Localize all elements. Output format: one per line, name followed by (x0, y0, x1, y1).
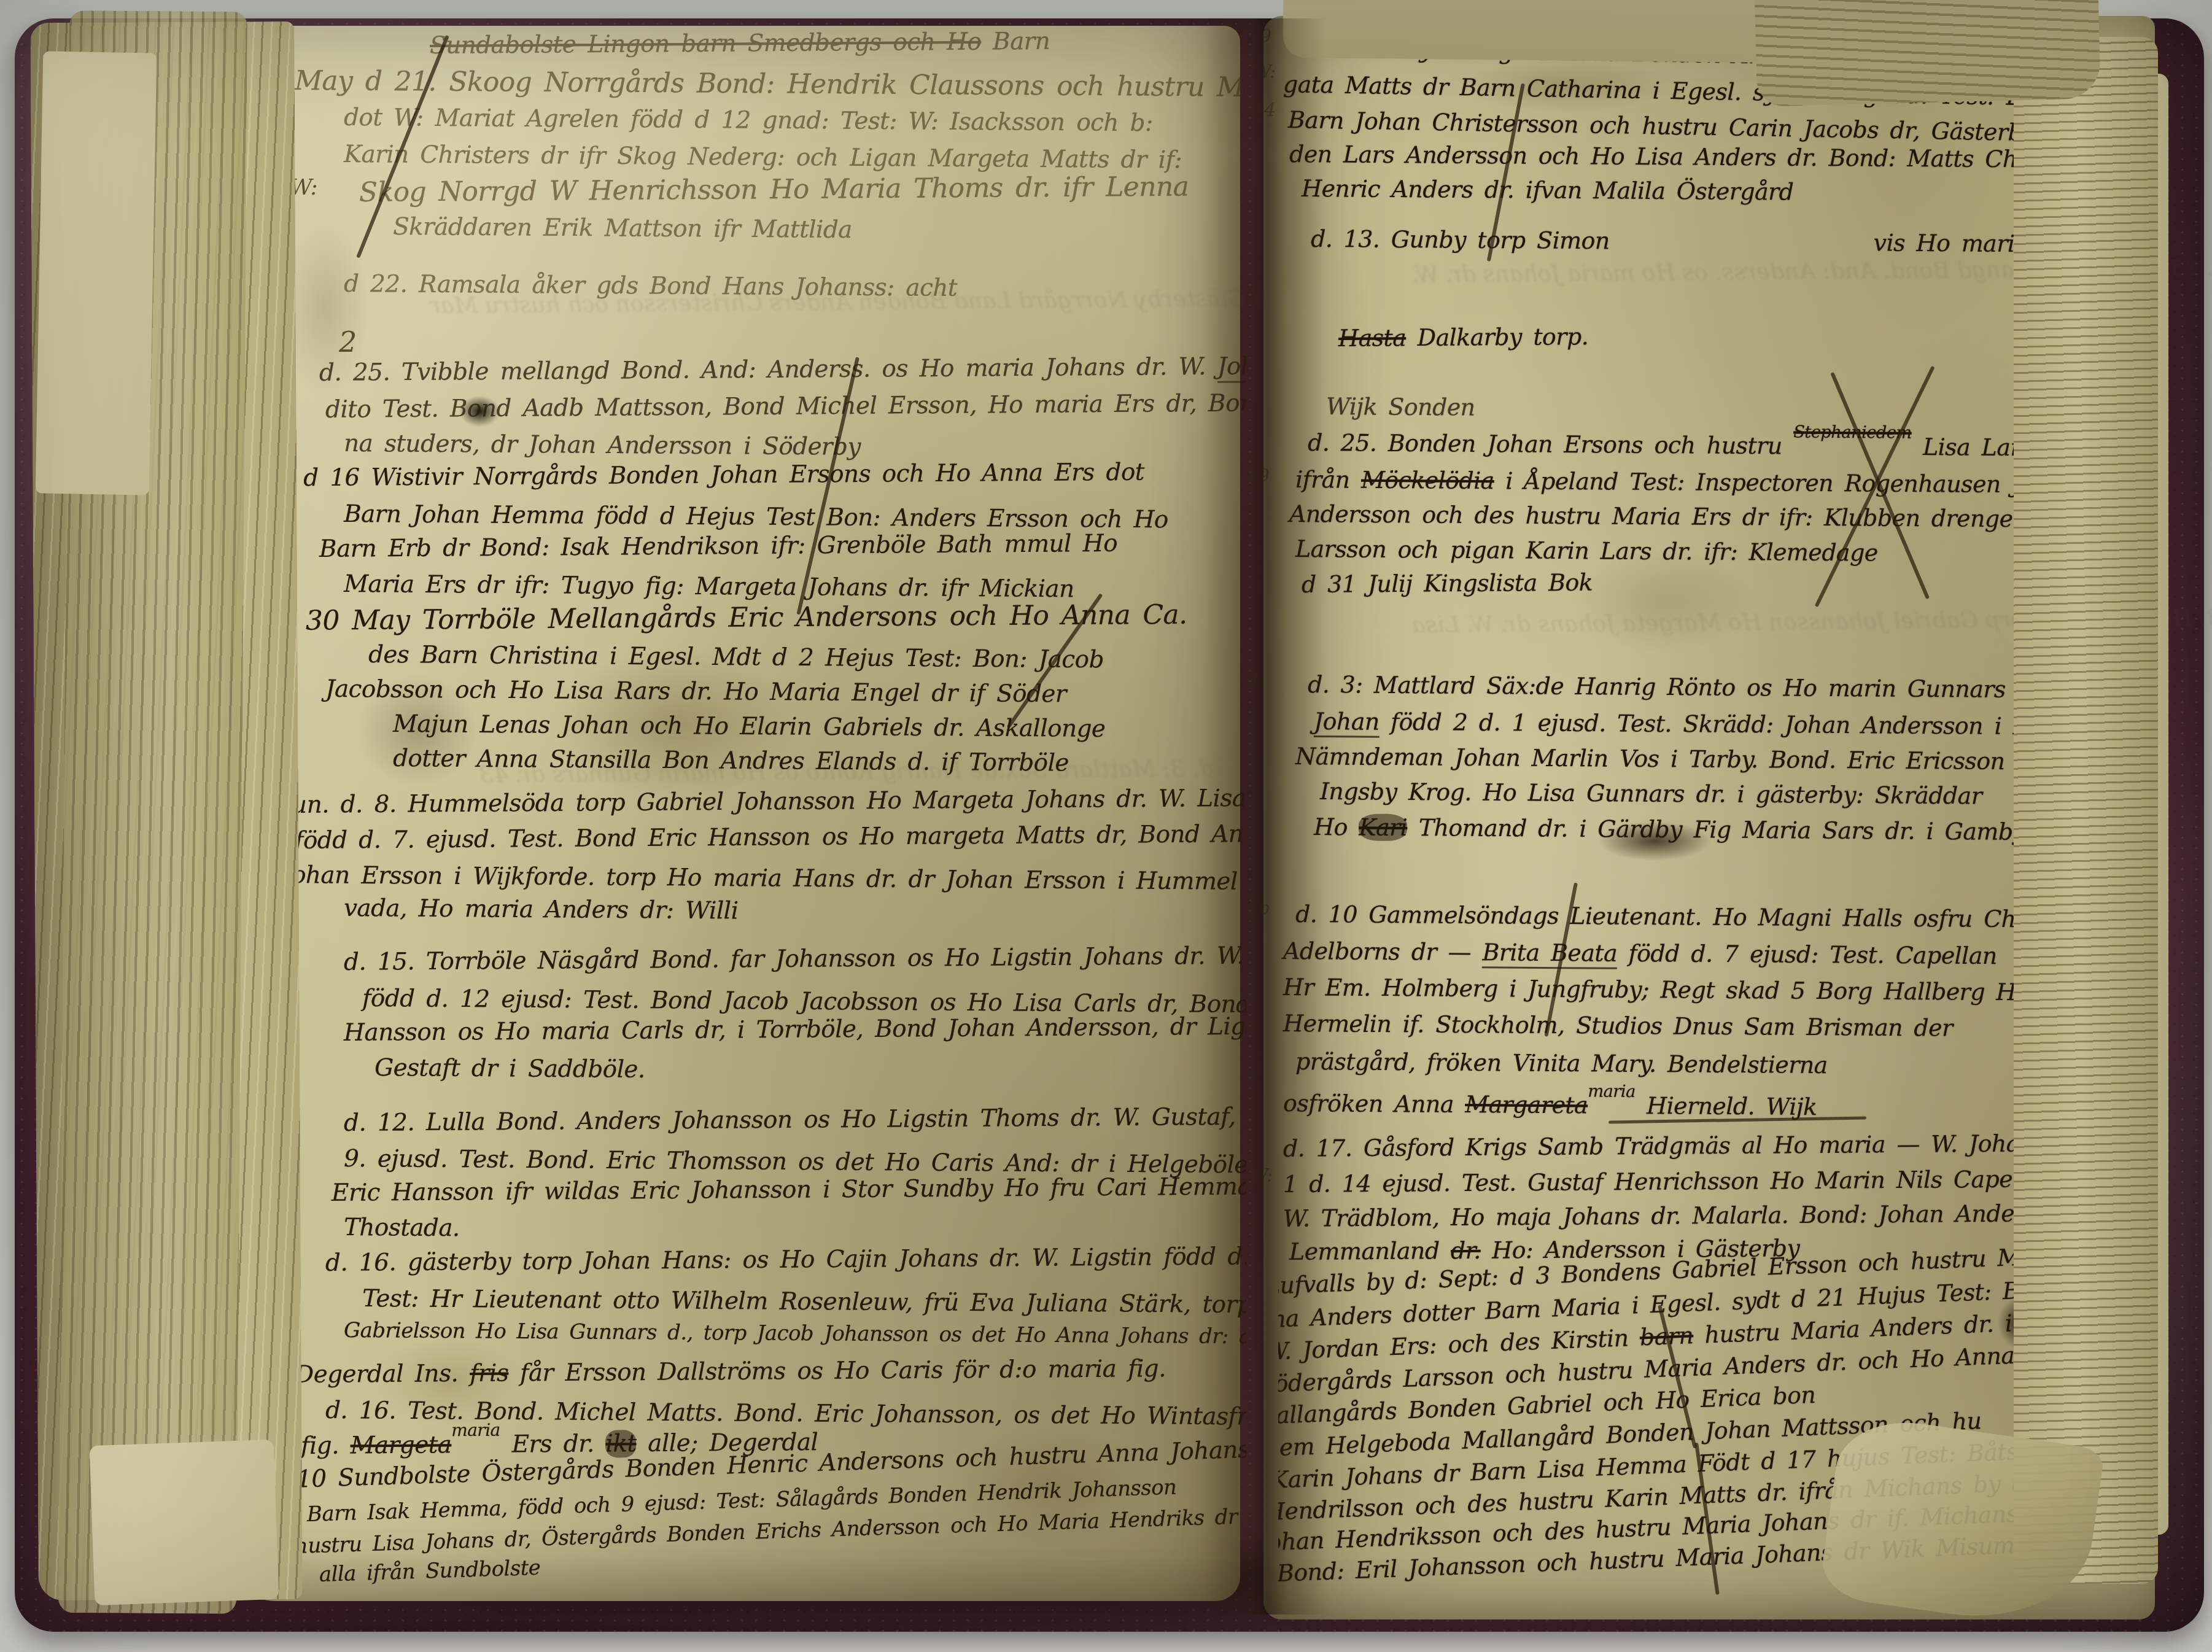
register-line: Maij d 16 Wistivir Norrgårds Bonden Joha… (264, 460, 1144, 491)
register-line: Eric Hansson ifr wildas Eric Johansson i… (332, 1175, 1246, 1205)
register-line: d 31 Julij Kingslista Bok (1302, 571, 1593, 596)
margin-note: 2 (339, 325, 357, 359)
register-line: Thostada. (344, 1216, 460, 1240)
handwriting-text: fris (470, 1360, 508, 1387)
register-line: Sundabolste Lingon barn Smedbergs och Ho… (430, 29, 1050, 58)
handwriting-text: i Åpeland Test: Inspectoren Rogenhausen … (1494, 467, 2078, 498)
handwriting-text: d. 25. Bonden Johan Ersons och hustru (1308, 429, 1793, 460)
handwriting-text: fig. (301, 1432, 351, 1460)
handwriting-text: Margareta (1465, 1091, 1588, 1119)
margin-note: d: (1246, 669, 1264, 691)
margin-note: 19 (1246, 465, 1270, 487)
handwriting-text: ifrån (1295, 466, 1361, 494)
handwriting-text: Johan (1314, 708, 1380, 738)
margin-note: 14 (1252, 99, 1276, 121)
register-line: Jun. d. 8. Hummelsöda torp Gabriel Johan… (282, 786, 1246, 817)
register-line: Degerdal Ins. fris får Ersson Dallströms… (295, 1357, 1166, 1387)
register-line: Hasta Dalkarby torp. (1338, 325, 1588, 350)
register-line: Gestaft dr i Saddböle. (374, 1056, 645, 1082)
register-line: Adelborns dr — Brita Beata född d. 7 eju… (1283, 939, 1997, 968)
register-line: Karin Christers dr ifr Skog Nederg: och … (344, 142, 1182, 173)
margin-note: W: (1249, 1165, 1273, 1187)
handwriting-text: Dalkarby torp. (1406, 323, 1588, 351)
handwriting-text: Margeta (351, 1431, 452, 1459)
torn-page-edge-top-right (1755, 0, 2101, 107)
register-line: dotter Anna Stansilla Bon Andres Elands … (393, 747, 1069, 775)
register-line: Jacobsson och Ho Lisa Rars dr. Ho Maria … (325, 677, 1066, 706)
register-line: des Barn Christina i Egesl. Mdt d 2 Heju… (368, 643, 1104, 672)
register-line: dot W: Mariat Agrelen född d 12 gnad: Te… (344, 106, 1153, 135)
handwriting-text: Ers dr. (500, 1430, 606, 1459)
register-line: d 30 May Torrböle Mellangårds Eric Ander… (276, 602, 1187, 635)
register-line: Wijk Sonden (1326, 395, 1475, 419)
handwriting-text: ikt (605, 1430, 636, 1457)
handwriting-text: d. 13. Gunby torp Simon (1311, 225, 1610, 254)
register-line: prästgård, fröken Vinita Mary. Bendelsti… (1295, 1050, 1828, 1077)
margin-note: 9 (1260, 26, 1271, 47)
handwriting-text: Lemmanland (1289, 1237, 1451, 1265)
register-line: Skog Norrgd W Henrichsson Ho Maria Thoms… (359, 174, 1189, 206)
register-line: född d. 7. ejusd. Test. Bond Eric Hansso… (295, 822, 1243, 853)
under-sheet-left (36, 51, 157, 495)
register-line: d. 12. Lulla Bond. Anders Johansson os H… (344, 1104, 1246, 1135)
register-line: na studers, dr Johan Andersson i Söderby (344, 432, 861, 459)
register-line: Barn Johan Hemma född d Hejus Test Bon: … (344, 502, 1168, 532)
register-line: 1 d. 14 ejusd. Test. Gustaf Henrichsson … (1283, 1167, 2079, 1196)
handwriting-text: Johan (1217, 352, 1246, 383)
register-line: Barn Erb dr Bond: Isak Hendrikson ifr: G… (319, 532, 1117, 561)
margin-note: W: (1252, 61, 1276, 83)
handwriting-text: Sundabolste Lingon barn Smedbergs och Ho (430, 28, 982, 60)
register-line: Johan född 2 d. 1 ejusd. Test. Skrädd: J… (1314, 710, 2128, 739)
register-line: d. 10 Gammelsöndags Lieutenant. Ho Magni… (1295, 902, 2032, 931)
register-line: d. 17. Gåsford Krigs Samb Trädgmäs al Ho… (1283, 1131, 2111, 1160)
register-line: osfröken Anna Margaretamaria Hierneld. W… (1283, 1092, 1817, 1119)
left-page-text-block: Sundabolste Lingon barn Smedbergs och Ho… (264, 18, 1246, 1615)
handwriting-text: Brita Beata (1482, 939, 1617, 969)
handwriting-text: maria (1588, 1082, 1636, 1101)
handwriting-text: osfröken Anna (1283, 1090, 1465, 1118)
handwriting-text: får Ersson Dallströms os Ho Caris för d:… (508, 1355, 1166, 1387)
register-line: d. 25. Tvibble mellangd Bond. And: Ander… (319, 354, 1246, 385)
torn-page-edges-right (2014, 37, 2158, 1584)
register-line: d. 15. Torrböle Näsgård Bond. far Johans… (344, 944, 1246, 974)
handwriting-text: Hierneld. Wijk (1635, 1092, 1817, 1120)
register-line: d. 16. gästerby torp Johan Hans: os Ho C… (325, 1244, 1246, 1275)
handwriting-text: Hasta (1338, 324, 1407, 352)
handwriting-text: Ho (1314, 813, 1359, 841)
handwriting-text: Möckelödia (1361, 467, 1494, 495)
register-line: Maria Ers dr ifr: Tugyo fig: Margeta Joh… (344, 572, 1074, 601)
register-line: Ho Kari Thomand dr. i Gärdby Fig Maria S… (1314, 815, 2026, 843)
handwriting-text: maria (451, 1420, 500, 1441)
register-line: Hermelin if. Stockholm, Studios Dnus Sam… (1283, 1012, 1953, 1040)
handwriting-text: d. 25. Tvibble mellangd Bond. And: Ander… (319, 353, 1217, 387)
handwriting-text: Barn (981, 28, 1050, 56)
register-line: Nämndeman Johan Marlin Vos i Tarby. Bond… (1295, 745, 2005, 773)
register-line: Larsson och pigan Karin Lars dr. ifr: Kl… (1295, 537, 1878, 565)
under-sheet-corner (90, 1440, 279, 1605)
photo-of-open-register-book: 6 Giästerby Norrgård Land Bonden Anders … (0, 0, 2212, 1652)
register-line: Andersson och des hustru Maria Ers dr if… (1289, 502, 2105, 531)
register-line: Hr Em. Holmberg i Jungfruby; Regt skad 5… (1283, 975, 2087, 1004)
margin-note: Lb (1246, 898, 1270, 919)
register-line: Skräddaren Erik Mattson ifr Mattlida (393, 215, 852, 242)
register-line: Gabrielsson Ho Lisa Gunnars d., torp Jac… (344, 1320, 1246, 1348)
handwriting-text: född d. 7 ejusd: Test. Capellan (1617, 940, 1997, 969)
register-line: vada, Ho maria Anders dr: Willi (344, 896, 739, 923)
register-line: Henric Anders dr. ifvan Malila Östergård (1302, 177, 1794, 204)
register-line: Hansson os Ho maria Carls dr, i Torrböle… (344, 1014, 1246, 1045)
register-line: dito Test. Bond Aadb Mattsson, Bond Mich… (325, 391, 1246, 422)
register-line: W. Trädblom, Ho maja Johans dr. Malarla.… (1283, 1201, 2095, 1230)
handwriting-text: Adelborns dr — (1283, 937, 1483, 966)
register-line: d. 3: Mattlard Säx:de Hanrig Rönto os Ho… (1308, 673, 2087, 702)
handwriting-text: Kari (1359, 814, 1407, 842)
register-line: Ingsby Krog. Ho Lisa Gunnars dr. i gäste… (1320, 780, 1982, 808)
handwriting-text: Thomand dr. i Gärdby Fig Maria Sars dr. … (1407, 814, 2025, 845)
register-line: 9. ejusd. Test. Bond. Eric Thomsson os d… (344, 1147, 1246, 1177)
register-line: Johan Ersson i Wijkforde. torp Ho maria … (282, 863, 1238, 894)
register-line: Majun Lenas Johan och Ho Elarin Gabriels… (393, 712, 1106, 741)
register-line: född d. 12 ejusd: Test. Bond Jacob Jacob… (362, 987, 1246, 1017)
register-line: May d 21. Skoog Norrgårds Bond: Hendrik … (295, 68, 1246, 102)
register-line: d 22. Ramsala åker gds Bond Hans Johanss… (344, 272, 957, 300)
handwriting-text: dr. (1451, 1237, 1481, 1264)
handwriting-text: Degerdal Ins. (295, 1360, 470, 1389)
register-line: Test: Hr Lieutenant otto Wilhelm Rosenle… (362, 1287, 1246, 1317)
register-line: alla ifrån Sundbolste (319, 1557, 540, 1585)
register-line: ifrån Möckelödia i Åpeland Test: Inspect… (1295, 468, 2078, 497)
